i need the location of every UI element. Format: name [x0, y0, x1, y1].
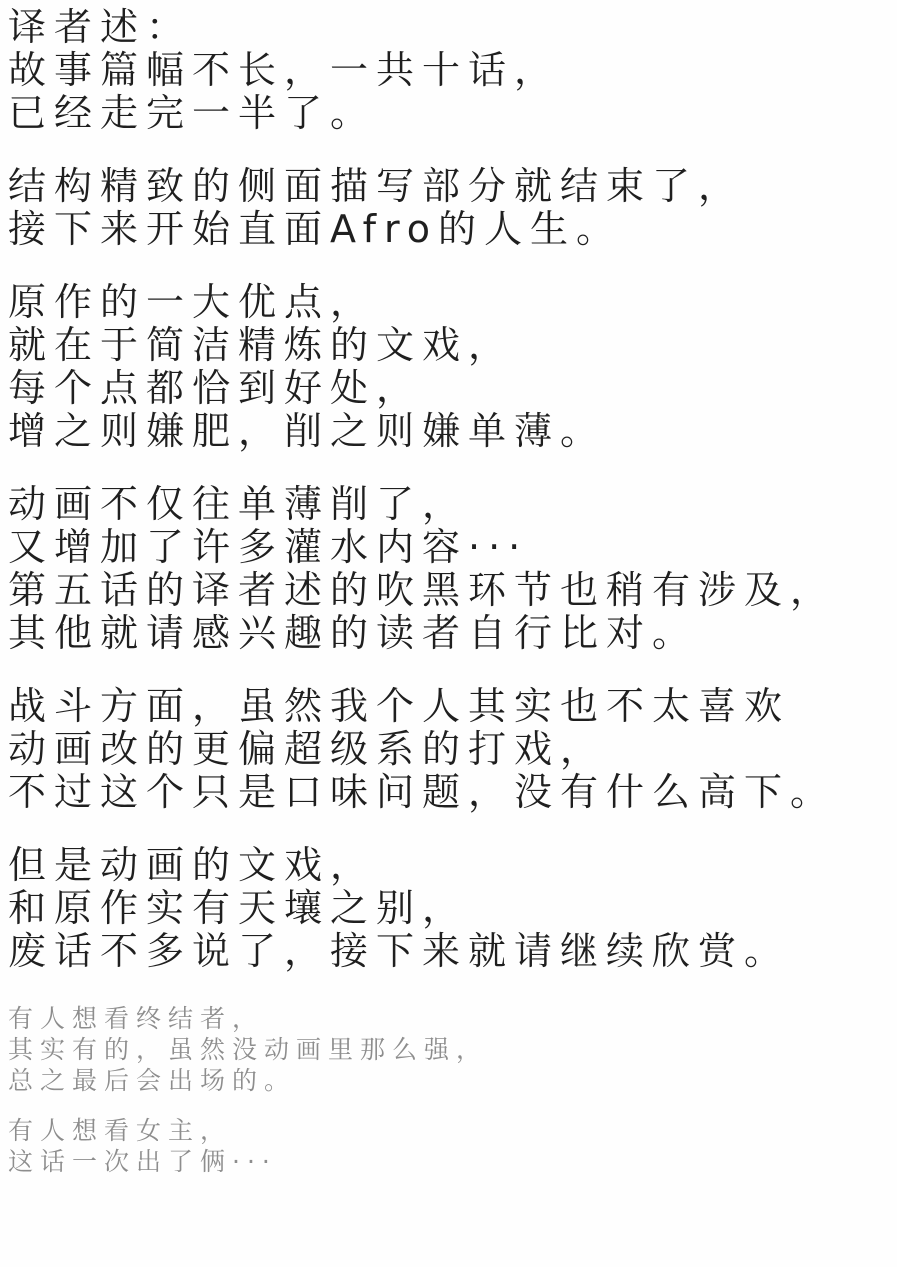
- text-line: 原作的一大优点，: [8, 281, 889, 324]
- text-line: 译者述：: [8, 6, 889, 49]
- note-paragraph: 原作的一大优点，就在于简洁精炼的文戏，每个点都恰到好处，增之则嫌肥，削之则嫌单薄…: [8, 281, 889, 453]
- text-line: 结构精致的侧面描写部分就结束了，: [8, 165, 889, 208]
- text-line: 有人想看终结者，: [8, 1003, 889, 1034]
- text-line: 其实有的，虽然没动画里那么强，: [8, 1034, 889, 1065]
- text-line: 其他就请感兴趣的读者自行比对。: [8, 612, 889, 655]
- note-paragraph: 译者述：故事篇幅不长，一共十话，已经走完一半了。: [8, 6, 889, 135]
- note-paragraph: 有人想看女主，这话一次出了俩···: [8, 1115, 889, 1177]
- note-paragraph-list: 译者述：故事篇幅不长，一共十话，已经走完一半了。结构精致的侧面描写部分就结束了，…: [8, 6, 889, 1177]
- note-paragraph: 但是动画的文戏，和原作实有天壤之别，废话不多说了，接下来就请继续欣赏。: [8, 844, 889, 973]
- note-paragraph: 结构精致的侧面描写部分就结束了，接下来开始直面Afro的人生。: [8, 165, 889, 251]
- note-paragraph: 动画不仅往单薄削了，又增加了许多灌水内容···第五话的译者述的吹黑环节也稍有涉及…: [8, 483, 889, 655]
- text-line: 但是动画的文戏，: [8, 844, 889, 887]
- text-line: 废话不多说了，接下来就请继续欣赏。: [8, 930, 889, 973]
- text-line: 这话一次出了俩···: [8, 1146, 889, 1177]
- text-line: 就在于简洁精炼的文戏，: [8, 324, 889, 367]
- note-paragraph: 有人想看终结者，其实有的，虽然没动画里那么强，总之最后会出场的。: [8, 1003, 889, 1096]
- text-line: 和原作实有天壤之别，: [8, 887, 889, 930]
- text-line: 第五话的译者述的吹黑环节也稍有涉及，: [8, 569, 889, 612]
- text-line: 总之最后会出场的。: [8, 1065, 889, 1096]
- text-line: 增之则嫌肥，削之则嫌单薄。: [8, 410, 889, 453]
- note-paragraph: 战斗方面，虽然我个人其实也不太喜欢动画改的更偏超级系的打戏，不过这个只是口味问题…: [8, 685, 889, 814]
- text-line: 已经走完一半了。: [8, 92, 889, 135]
- text-line: 故事篇幅不长，一共十话，: [8, 49, 889, 92]
- text-line: 动画不仅往单薄削了，: [8, 483, 889, 526]
- text-line: 不过这个只是口味问题，没有什么高下。: [8, 771, 889, 814]
- text-line: 又增加了许多灌水内容···: [8, 526, 889, 569]
- text-line: 有人想看女主，: [8, 1115, 889, 1146]
- text-line: 每个点都恰到好处，: [8, 367, 889, 410]
- text-line: 动画改的更偏超级系的打戏，: [8, 728, 889, 771]
- text-line: 接下来开始直面Afro的人生。: [8, 208, 889, 251]
- text-line: 战斗方面，虽然我个人其实也不太喜欢: [8, 685, 889, 728]
- translator-note-page: 译者述：故事篇幅不长，一共十话，已经走完一半了。结构精致的侧面描写部分就结束了，…: [0, 0, 897, 1267]
